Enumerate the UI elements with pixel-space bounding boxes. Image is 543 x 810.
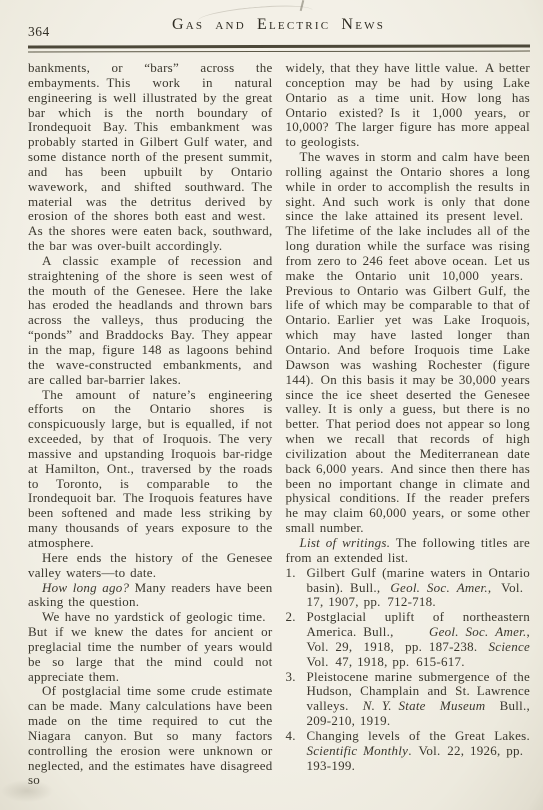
italic-text-run: Science xyxy=(489,639,530,654)
text-run: The amount of nature’s engineering effor… xyxy=(28,387,273,550)
reference-number: 4. xyxy=(286,729,307,774)
reference-list-item: 3.Pleistocene marine submergence of the … xyxy=(286,670,531,729)
rule-thick-line xyxy=(28,44,530,48)
reference-text: Changing levels of the Great Lakes. Scie… xyxy=(307,729,531,774)
text-run: Changing levels of the Great Lakes. xyxy=(307,728,531,743)
journal-title: Gas and Electric News xyxy=(28,16,529,34)
reference-list-item: 1.Gilbert Gulf (marine waters in Ontario… xyxy=(286,566,531,611)
reference-number: 2. xyxy=(286,610,307,669)
reference-text: Gilbert Gulf (marine waters in Ontario b… xyxy=(307,566,531,611)
paragraph: Here ends the history of the Genesee val… xyxy=(28,551,273,581)
scanned-book-page: 364 Gas and Electric News bankments, or … xyxy=(0,0,543,810)
text-columns: bankments, or “bars” across the embaymen… xyxy=(0,52,543,788)
text-run: The waves in storm and calm have been ro… xyxy=(286,149,531,535)
italic-text-run: Geol. Soc. Amer. xyxy=(390,580,488,595)
reference-list-item: 2.Postglacial uplift of northeastern Ame… xyxy=(286,610,531,669)
reference-text: Pleistocene marine submergence of the Hu… xyxy=(307,670,531,729)
paragraph: Of postglacial time some crude estimate … xyxy=(28,684,273,788)
text-run: Of postglacial time some crude estimate … xyxy=(28,683,273,787)
paragraph: The amount of nature’s engineering effor… xyxy=(28,388,273,551)
left-column: bankments, or “bars” across the embaymen… xyxy=(28,61,273,788)
scan-stain xyxy=(0,776,62,806)
paragraph: A classic example of recession and strai… xyxy=(28,254,273,388)
paragraph: List of writings. The following titles a… xyxy=(286,536,531,566)
paragraph: widely, that they have little value. A b… xyxy=(286,61,531,150)
paragraph: The waves in storm and calm have been ro… xyxy=(286,150,531,536)
italic-text-run: How long ago? xyxy=(42,580,129,595)
text-run: Here ends the history of the Genesee val… xyxy=(28,550,273,580)
italic-text-run: Geol. Soc. Amer. xyxy=(429,624,527,639)
text-run: bankments, or “bars” across the embaymen… xyxy=(28,60,273,253)
text-run: We have no yardstick of geologic time. B… xyxy=(28,609,273,683)
italic-text-run: N. Y. State Museum xyxy=(363,698,486,713)
text-run: widely, that they have little value. A b… xyxy=(286,60,531,149)
reference-text: Postglacial uplift of northeastern Ameri… xyxy=(307,610,531,669)
paragraph: How long ago? Many readers have been ask… xyxy=(28,581,273,611)
reference-number: 3. xyxy=(286,670,307,729)
text-run: Vol. 47, 1918, pp. 615-617. xyxy=(307,654,465,669)
page-header: 364 Gas and Electric News xyxy=(0,0,543,42)
header-double-rule xyxy=(28,45,530,52)
right-column: widely, that they have little value. A b… xyxy=(286,61,531,788)
italic-text-run: List of writings. xyxy=(300,535,391,550)
reference-list-item: 4.Changing levels of the Great Lakes. Sc… xyxy=(286,729,531,774)
text-run: A classic example of recession and strai… xyxy=(28,253,273,387)
paragraph: bankments, or “bars” across the embaymen… xyxy=(28,61,273,254)
page-number: 364 xyxy=(28,24,50,40)
italic-text-run: Scientific Monthly xyxy=(307,743,409,758)
reference-number: 1. xyxy=(286,566,307,611)
paragraph: We have no yardstick of geologic time. B… xyxy=(28,610,273,684)
